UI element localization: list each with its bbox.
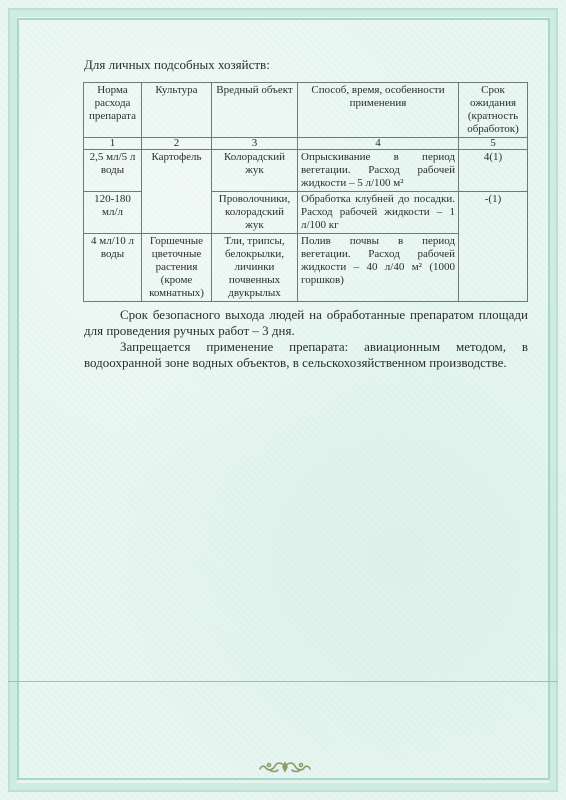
table-row: 2,5 мл/5 л воды Картофель Колорадский жу… xyxy=(84,150,528,192)
cell-waiting: -(1) xyxy=(459,192,528,302)
header-crop: Культура xyxy=(142,83,212,138)
application-rates-table: Норма расхода препарата Культура Вредный… xyxy=(83,82,528,302)
header-method: Способ, время, особенности применения xyxy=(298,83,459,138)
floral-ornament-icon xyxy=(258,760,312,774)
cell-method: Полив почвы в период вегетации. Расход р… xyxy=(298,234,459,302)
column-number: 5 xyxy=(459,138,528,150)
certificate-page: Для личных подсобных хозяйств: Норма рас… xyxy=(0,0,566,800)
cell-pest: Проволочники, колорадский жук xyxy=(212,192,298,234)
cell-waiting: 4(1) xyxy=(459,150,528,192)
cell-pest: Колорадский жук xyxy=(212,150,298,192)
column-number: 4 xyxy=(298,138,459,150)
cell-pest: Тли, трипсы, белокрылки, личинки почвенн… xyxy=(212,234,298,302)
scan-fold-line xyxy=(8,681,558,682)
cell-crop: Горшечные цветочные растения (кроме комн… xyxy=(142,234,212,302)
cell-rate: 2,5 мл/5 л воды xyxy=(84,150,142,192)
cell-crop: Картофель xyxy=(142,150,212,234)
cell-method: Опрыскивание в период вегетации. Расход … xyxy=(298,150,459,192)
column-number: 2 xyxy=(142,138,212,150)
prohibition-paragraph: Запрещается применение препарата: авиаци… xyxy=(84,339,528,371)
safe-reentry-paragraph: Срок безопасного выхода людей на обработ… xyxy=(84,307,528,339)
header-waiting: Срок ожидания (кратность обработок) xyxy=(459,83,528,138)
table-header-row: Норма расхода препарата Культура Вредный… xyxy=(84,83,528,138)
section-heading: Для личных подсобных хозяйств: xyxy=(84,57,270,73)
table-column-numbers-row: 1 2 3 4 5 xyxy=(84,138,528,150)
header-pest: Вредный объект xyxy=(212,83,298,138)
column-number: 3 xyxy=(212,138,298,150)
header-rate: Норма расхода препарата xyxy=(84,83,142,138)
cell-method: Обработка клубней до посадки. Расход раб… xyxy=(298,192,459,234)
cell-rate: 4 мл/10 л воды xyxy=(84,234,142,302)
cell-rate: 120-180 мл/л xyxy=(84,192,142,234)
column-number: 1 xyxy=(84,138,142,150)
